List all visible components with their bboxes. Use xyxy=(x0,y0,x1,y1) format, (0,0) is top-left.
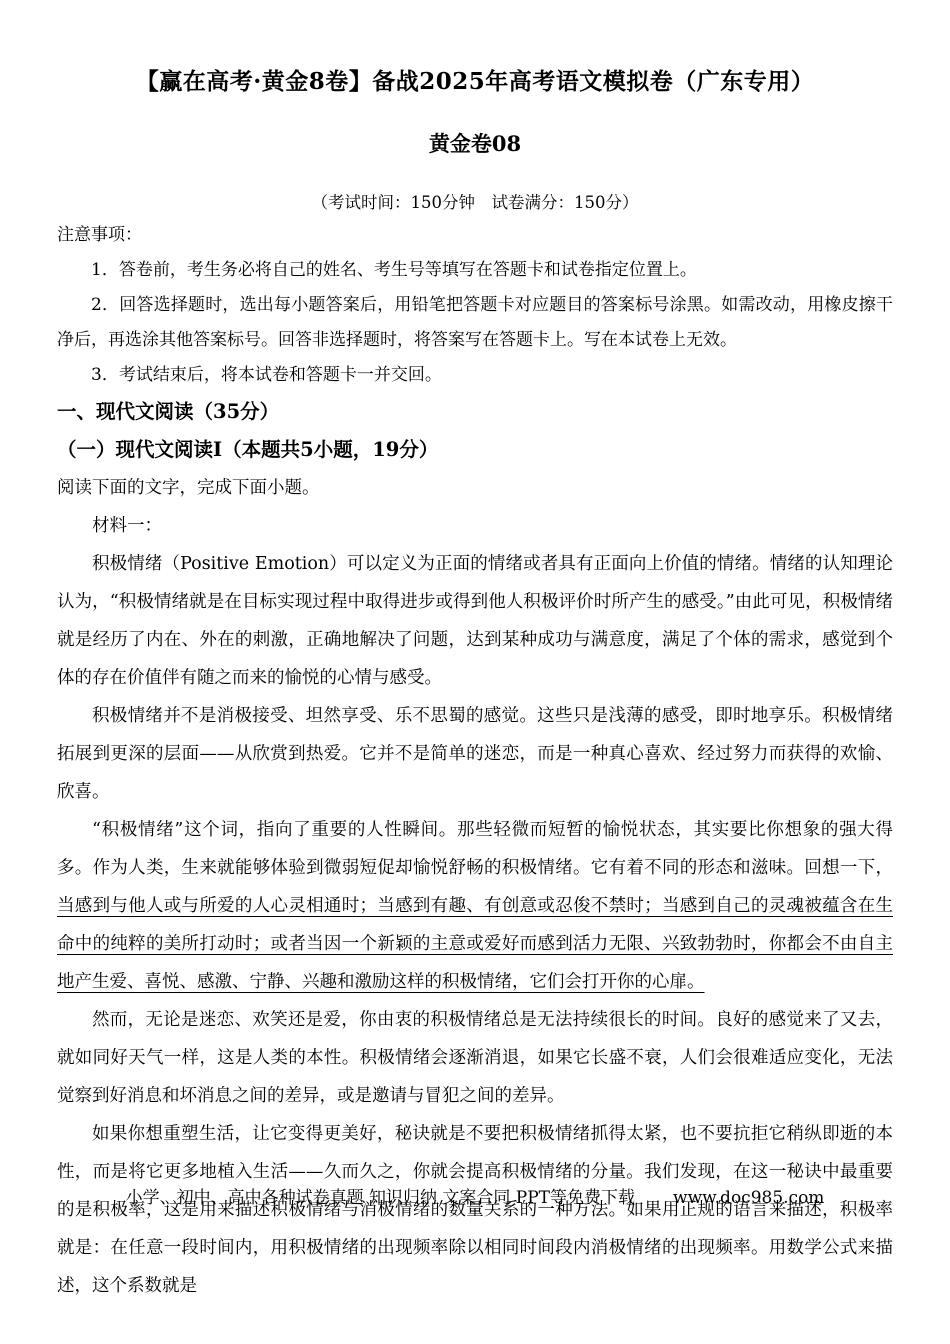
paragraph-text: 如果你想重塑生活，让它变得更美好，秘诀就是不要把积极情绪抓得太紧，也不要抗拒它稍… xyxy=(57,1124,893,1296)
paragraph-text: 然而，无论是迷恋、欢笑还是爱，你由衷的积极情绪总是无法持续很长的时间。良好的感觉… xyxy=(57,1010,893,1106)
reading-instruction: 阅读下面的文字，完成下面小题。 xyxy=(57,469,893,507)
underlined-passage: 当感到与他人或与所爱的人心灵相通时；当感到有趣、有创意或忍俊不禁时；当感到自己的… xyxy=(57,896,893,992)
footer-url: www.doc985.com xyxy=(673,1188,824,1208)
section-heading: 一、现代文阅读（35分） xyxy=(57,393,893,431)
notice-item-1: 1．答卷前，考生务必将自己的姓名、考生号等填写在答题卡和试卷指定位置上。 xyxy=(57,253,893,288)
exam-paper-page: { "doc": { "title": "【赢在高考·黄金8卷】备战2025年高… xyxy=(0,0,950,1344)
page-title: 【赢在高考·黄金8卷】备战2025年高考语文模拟卷（广东专用） xyxy=(57,64,893,100)
paragraph-text: 积极情绪并不是消极接受、坦然享受、乐不思蜀的感觉。这些只是浅薄的感受，即时地享乐… xyxy=(57,706,893,802)
material-paragraph-5: 如果你想重塑生活，让它变得更美好，秘诀就是不要把积极情绪抓得太紧，也不要抗拒它稍… xyxy=(57,1115,893,1305)
exam-info-line: （考试时间：150分钟 试卷满分：150分） xyxy=(57,190,893,216)
site-footer: 小学、初中、高中各种试卷真题 知识归纳 文案合同 PPT等免费下载www.doc… xyxy=(0,1186,950,1210)
paragraph-text: 积极情绪（Positive Emotion）可以定义为正面的情绪或者具有正面向上… xyxy=(57,554,893,688)
page-content: 【赢在高考·黄金8卷】备战2025年高考语文模拟卷（广东专用） 黄金卷08 （考… xyxy=(0,0,950,1305)
footer-promo-text: 小学、初中、高中各种试卷真题 知识归纳 文案合同 PPT等免费下载 xyxy=(126,1188,635,1208)
subsection-heading: （一）现代文阅读Ⅰ（本题共5小题，19分） xyxy=(57,431,893,469)
paragraph-text: “积极情绪”这个词，指向了重要的人性瞬间。那些轻微而短暂的愉悦状态，其实要比你想… xyxy=(57,820,893,878)
material-label: 材料一： xyxy=(57,507,893,545)
volume-title: 黄金卷08 xyxy=(57,128,893,160)
material-paragraph-2: 积极情绪并不是消极接受、坦然享受、乐不思蜀的感觉。这些只是浅薄的感受，即时地享乐… xyxy=(57,697,893,811)
material-paragraph-1: 积极情绪（Positive Emotion）可以定义为正面的情绪或者具有正面向上… xyxy=(57,545,893,697)
material-paragraph-3: “积极情绪”这个词，指向了重要的人性瞬间。那些轻微而短暂的愉悦状态，其实要比你想… xyxy=(57,811,893,1001)
notice-heading: 注意事项： xyxy=(57,218,893,253)
material-paragraph-4: 然而，无论是迷恋、欢笑还是爱，你由衷的积极情绪总是无法持续很长的时间。良好的感觉… xyxy=(57,1001,893,1115)
notice-item-2: 2．回答选择题时，选出每小题答案后，用铅笔把答题卡对应题目的答案标号涂黑。如需改… xyxy=(57,288,893,358)
notice-item-3: 3．考试结束后，将本试卷和答题卡一并交回。 xyxy=(57,358,893,393)
notice-block: 注意事项： 1．答卷前，考生务必将自己的姓名、考生号等填写在答题卡和试卷指定位置… xyxy=(57,218,893,393)
